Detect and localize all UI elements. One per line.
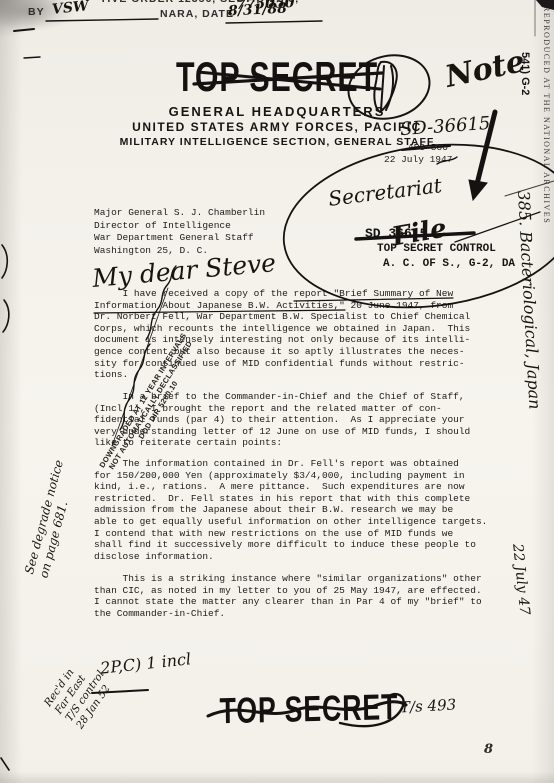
- date-line: 22 July 1947: [384, 154, 452, 166]
- margin-dash-1: [14, 29, 34, 31]
- degrade-note: See degrade notice on page 681.: [22, 446, 85, 579]
- footer-classification-stamp: TOP SECRET: [54, 684, 554, 737]
- ts-number: T/s 493: [400, 696, 457, 717]
- by-underline: [46, 19, 158, 21]
- edge-partial-marks: [1, 245, 9, 770]
- apo-line: APO 500: [408, 142, 448, 154]
- control-stamp-sd: SD 36615: [365, 226, 427, 241]
- scanned-document-page: TIVE ORDER 12356, SECTION 3.3, 775050 BY…: [0, 0, 554, 783]
- declass-by-signature: VSW: [51, 0, 89, 18]
- declass-nara-date: 8/31/88: [228, 0, 288, 19]
- paragraph-1: I have received a copy of the report "Br…: [94, 288, 470, 381]
- archives-strip-label: REPRODUCED AT THE NATIONAL ARCHIVES: [542, 6, 551, 306]
- declass-by-label: BY: [28, 6, 45, 18]
- org-line-3: MILITARY INTELLIGENCE SECTION, GENERAL S…: [0, 136, 554, 148]
- date-underline: [226, 21, 322, 23]
- paragraph-4: This is a striking instance where "simil…: [94, 573, 482, 619]
- control-stamp-line1: TOP SECRET CONTROL: [377, 243, 496, 255]
- secretariat-annotation: Secretariat: [327, 173, 443, 211]
- declass-nara-label: NARA, DATE: [160, 8, 234, 20]
- address-block: Major General S. J. Chamberlin Director …: [94, 207, 265, 257]
- control-stamp-line2: A. C. OF S., G-2, DA: [383, 258, 515, 270]
- partial-stamp-mark: 8: [484, 742, 493, 757]
- paragraph-3: The information contained in Dr. Fell's …: [94, 458, 487, 562]
- margin-note-date: 22 July 47: [509, 543, 537, 664]
